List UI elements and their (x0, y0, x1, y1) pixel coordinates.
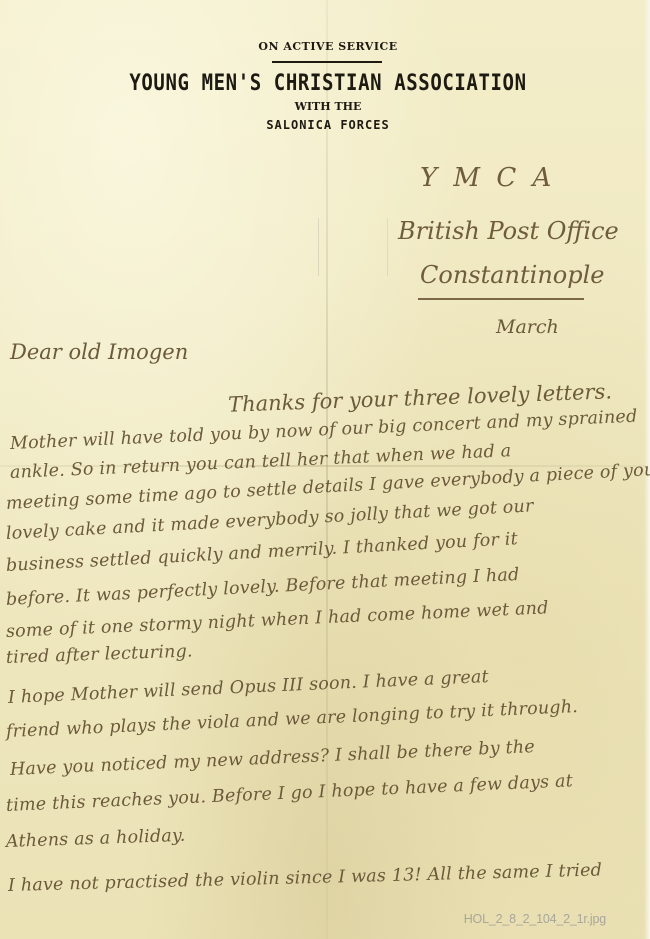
address-line-2: British Post Office (398, 217, 619, 245)
body-line: I have not practised the violin since I … (8, 860, 603, 896)
address-line-3: Constantinople (420, 261, 604, 289)
body-line: Mother will have told you by now of our … (10, 407, 638, 454)
letterhead-forces: SALONICA FORCES (6, 118, 650, 132)
letterhead-rule (272, 61, 382, 63)
body-line: Have you noticed my new address? I shall… (10, 737, 536, 780)
letter-page: ON ACTIVE SERVICE YOUNG MEN'S CHRISTIAN … (0, 0, 650, 939)
body-line: I hope Mother will send Opus III soon. I… (8, 667, 490, 708)
letterhead-organization: YOUNG MEN'S CHRISTIAN ASSOCIATION (6, 70, 650, 95)
address-underline (418, 298, 584, 300)
body-line: Athens as a holiday. (6, 826, 186, 852)
faint-show-through-marks (318, 218, 388, 276)
letterhead: ON ACTIVE SERVICE YOUNG MEN'S CHRISTIAN … (0, 40, 650, 132)
salutation: Dear old Imogen (10, 340, 188, 364)
file-name-watermark: HOL_2_8_2_104_2_1r.jpg (464, 912, 606, 926)
letter-date: March (496, 316, 559, 338)
body-line: tired after lecturing. (6, 641, 193, 668)
letterhead-service: ON ACTIVE SERVICE (6, 40, 650, 53)
letterhead-with: WITH THE (6, 100, 650, 113)
body-line: time this reaches you. Before I go I hop… (6, 771, 574, 816)
address-line-1: Y M C A (420, 163, 555, 193)
